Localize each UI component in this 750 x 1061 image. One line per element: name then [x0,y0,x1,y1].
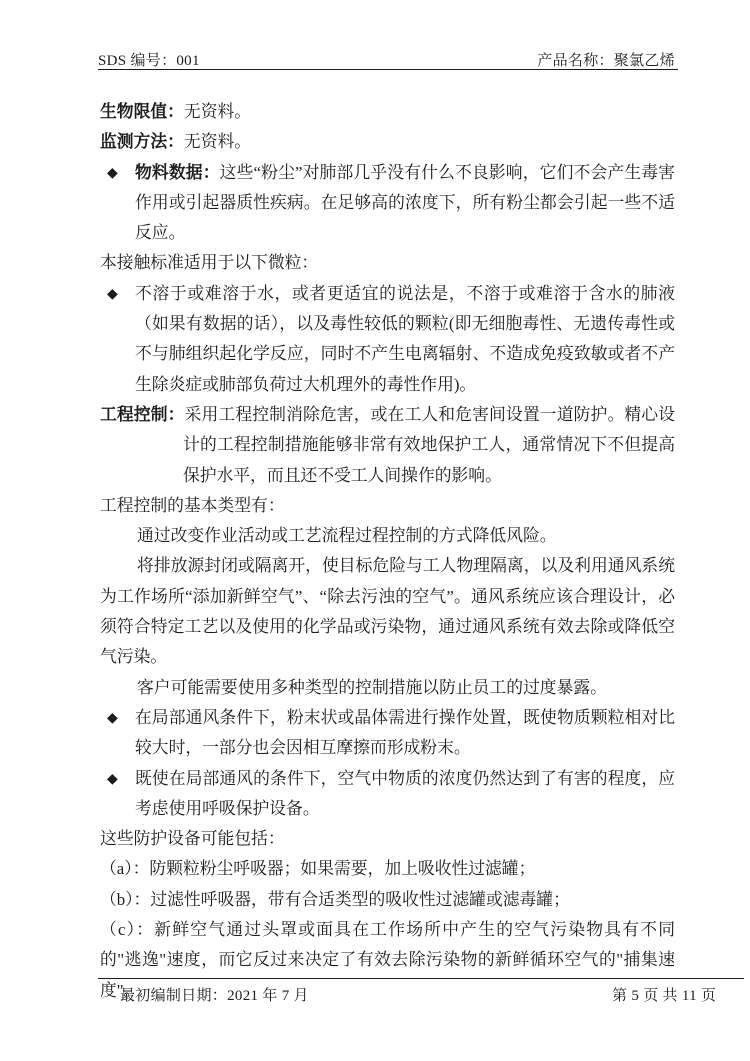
paragraph-10: ◆在局部通风条件下，粉末状或晶体需进行操作处置，既使物质颗粒相对比较大时，一部分… [100,703,675,764]
header-rule [98,69,678,70]
paragraph-label: 物料数据： [135,163,220,182]
paragraph-7: 通过改变作业活动或工艺流程过程控制的方式降低风险。 [100,521,675,551]
paragraph-text: （a）：防颗粒粉尘呼吸器；如果需要，加上吸收性过滤罐； [100,859,535,878]
paragraph-9: 客户可能需要使用多种类型的控制措施以防止员工的过度暴露。 [100,673,675,703]
bullet-diamond-icon: ◆ [107,703,118,733]
bullet-diamond-icon: ◆ [107,279,118,309]
paragraph-text: 在局部通风条件下，粉末状或晶体需进行操作处置，既使物质颗粒相对比较大时，一部分也… [135,708,675,757]
paragraph-text: 将排放源封闭或隔离开，使目标危险与工人物理隔离，以及利用通风系统为工作场所“添加… [100,556,675,666]
footer-rule [98,978,744,979]
header-product-name: 产品名称：聚氯乙烯 [537,49,675,70]
paragraph-4: ◆不溶于或难溶于水，或者更适宜的说法是，不溶于或难溶于含水的肺液（如果有数据的话… [100,279,675,400]
header-sds-number: SDS 编号：001 [98,49,200,70]
bullet-diamond-icon: ◆ [107,764,118,794]
paragraph-text: 采用工程控制消除危害，或在工人和危害间设置一道防护。精心设计的工程控制措施能够非… [183,405,675,485]
paragraph-8: 将排放源封闭或隔离开，使目标危险与工人物理隔离，以及利用通风系统为工作场所“添加… [100,551,675,672]
paragraph-text: 本接触标准适用于以下微粒： [100,253,318,272]
paragraph-text: 工程控制的基本类型有： [100,496,285,515]
paragraph-2: ◆物料数据：这些“粉尘”对肺部几乎没有什么不良影响，它们不会产生毒害作用或引起器… [100,158,675,249]
paragraph-12: 这些防护设备可能包括： [100,824,675,854]
paragraph-text: 无资料。 [184,102,251,121]
paragraph-11: ◆既使在局部通风的条件下，空气中物质的浓度仍然达到了有害的程度，应考虑使用呼吸保… [100,764,675,825]
paragraph-label: 工程控制： [100,405,185,424]
paragraph-0: 生物限值：无资料。 [100,97,675,127]
paragraph-text: 客户可能需要使用多种类型的控制措施以防止员工的过度暴露。 [137,678,607,697]
paragraph-3: 本接触标准适用于以下微粒： [100,248,675,278]
footer-initial-date: 最初编制日期：2021 年 7 月 [120,984,309,1005]
sds-document-page: SDS 编号：001 产品名称：聚氯乙烯 生物限值：无资料。监测方法：无资料。◆… [0,0,750,1061]
paragraph-text: 这些防护设备可能包括： [100,829,285,848]
paragraph-5: 工程控制：采用工程控制消除危害，或在工人和危害间设置一道防护。精心设计的工程控制… [100,400,675,491]
paragraph-1: 监测方法：无资料。 [100,127,675,157]
document-body: 生物限值：无资料。监测方法：无资料。◆物料数据：这些“粉尘”对肺部几乎没有什么不… [100,97,675,1006]
paragraph-label: 生物限值： [100,102,184,121]
paragraph-text: 通过改变作业活动或工艺流程过程控制的方式降低风险。 [137,526,557,545]
paragraph-text: 不溶于或难溶于水，或者更适宜的说法是，不溶于或难溶于含水的肺液（如果有数据的话）… [135,284,675,394]
paragraph-text: 既使在局部通风的条件下，空气中物质的浓度仍然达到了有害的程度，应考虑使用呼吸保护… [135,769,675,818]
footer-page-number: 第 5 页 共 11 页 [612,984,716,1005]
paragraph-label: 监测方法： [100,132,184,151]
paragraph-6: 工程控制的基本类型有： [100,491,675,521]
bullet-diamond-icon: ◆ [107,158,118,188]
paragraph-14: （b）：过滤性呼吸器，带有合适类型的吸收性过滤罐或滤毒罐； [100,885,675,915]
paragraph-text: （b）：过滤性呼吸器，带有合适类型的吸收性过滤罐或滤毒罐； [100,890,570,909]
paragraph-text: 无资料。 [184,132,251,151]
paragraph-13: （a）：防颗粒粉尘呼吸器；如果需要，加上吸收性过滤罐； [100,854,675,884]
